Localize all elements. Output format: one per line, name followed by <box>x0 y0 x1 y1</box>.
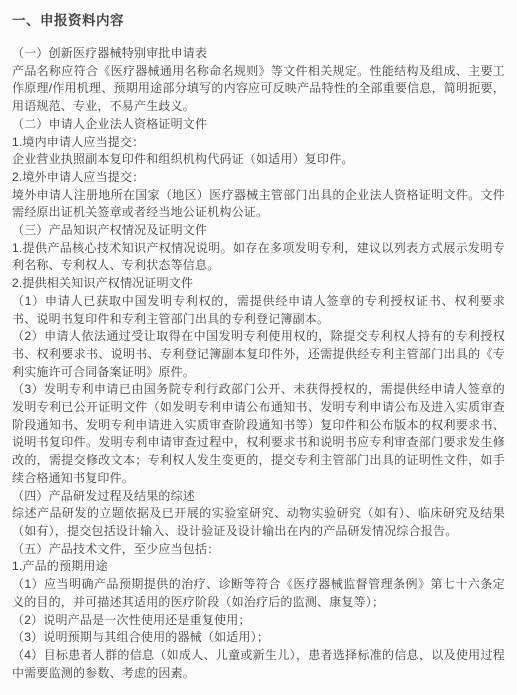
document-paragraph: （3）说明预期与其组合使用的器械（如适用）； <box>12 629 505 647</box>
document-paragraph: 1.产品的预期用途 <box>12 558 505 576</box>
document-paragraph: （三）产品知识产权情况及证明文件 <box>12 222 505 240</box>
document-paragraph: 产品名称应符合《医疗器械通用名称命名规则》等文件相关规定。性能结构及组成、主要工… <box>12 63 505 116</box>
document-paragraph: （3）发明专利申请已由国务院专利行政部门公开、未获得授权的，需提供经申请人签章的… <box>12 381 505 487</box>
document-paragraph: 1.提供产品核心技术知识产权情况说明。如存在多项发明专利，建议以列表方式展示发明… <box>12 240 505 275</box>
document-paragraph: 1.境内申请人应当提交： <box>12 134 505 152</box>
document-paragraph: 企业营业执照副本复印件和组织机构代码证（如适用）复印件。 <box>12 151 505 169</box>
document-paragraph: （1）申请人已获取中国发明专利权的，需提供经申请人签章的专利授权证书、权利要求书… <box>12 293 505 328</box>
document-paragraph: （五）产品技术文件，至少应当包括： <box>12 541 505 559</box>
document-paragraph: 境外申请人注册地所在国家（地区）医疗器械主管部门出具的企业法人资格证明文件。文件… <box>12 187 505 222</box>
document-paragraph: 2.境外申请人应当提交： <box>12 169 505 187</box>
document-paragraph: （1）应当明确产品预期提供的治疗、诊断等符合《医疗器械监督管理条例》第七十六条定… <box>12 576 505 611</box>
document-paragraph: 综述产品研发的立题依据及已开展的实验室研究、动物实验研究（如有）、临床研究及结果… <box>12 505 505 540</box>
document-title: 一、申报资料内容 <box>12 12 505 30</box>
document-paragraph: （一）创新医疗器械特别审批申请表 <box>12 45 505 63</box>
document-paragraph: （2）申请人依法通过受让取得在中国发明专利使用权的，除提交专利权人持有的专利授权… <box>12 328 505 381</box>
document-paragraph: （四）产品研发过程及结果的综述 <box>12 488 505 506</box>
document-paragraph: 2.提供相关知识产权情况证明文件 <box>12 275 505 293</box>
document-paragraph: （二）申请人企业法人资格证明文件 <box>12 116 505 134</box>
document-paragraph: （2）说明产品是一次性使用还是重复使用； <box>12 612 505 630</box>
document-paragraph: （4）目标患者人群的信息（如成人、儿童或新生儿），患者选择标准的信息，以及使用过… <box>12 647 505 682</box>
document-body: （一）创新医疗器械特别审批申请表产品名称应符合《医疗器械通用名称命名规则》等文件… <box>12 45 505 682</box>
document-page: 一、申报资料内容 （一）创新医疗器械特别审批申请表产品名称应符合《医疗器械通用名… <box>0 0 517 695</box>
